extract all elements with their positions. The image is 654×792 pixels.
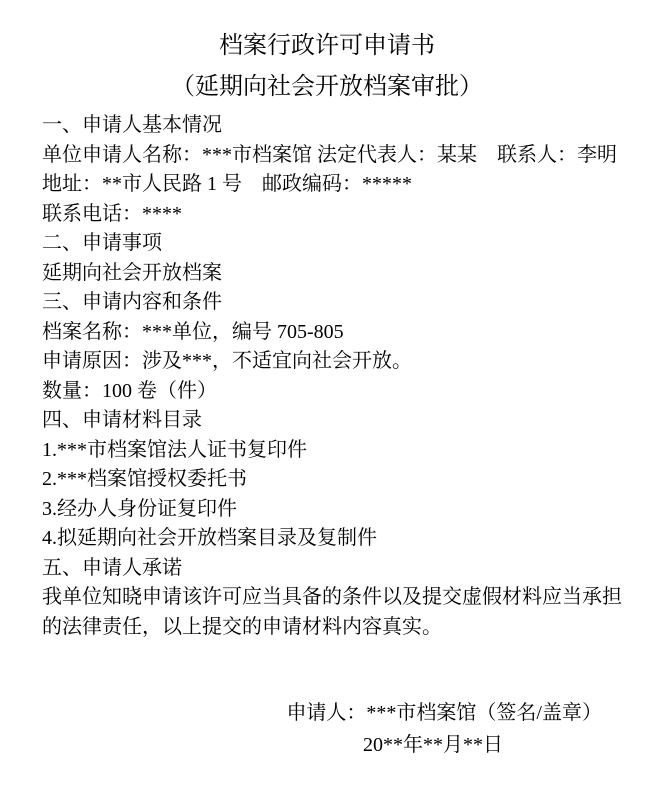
material-item-3: 3.经办人身份证复印件: [42, 495, 654, 525]
commitment-line-2: 的法律责任，以上提交的申请材料内容真实。: [42, 613, 654, 643]
phone-line: 联系电话：****: [42, 200, 654, 230]
material-item-1: 1.***市档案馆法人证书复印件: [42, 436, 654, 466]
document-body: 一、申请人基本情况 单位申请人名称：***市档案馆 法定代表人：某某 联系人：李…: [0, 111, 654, 642]
application-item-line: 延期向社会开放档案: [42, 259, 654, 289]
address-line: 地址：**市人民路 1 号 邮政编码：*****: [42, 170, 654, 200]
section-three-heading: 三、申请内容和条件: [42, 288, 654, 318]
section-four-heading: 四、申请材料目录: [42, 406, 654, 436]
archive-name-line: 档案名称：***单位，编号 705-805: [42, 318, 654, 348]
section-two-heading: 二、申请事项: [42, 229, 654, 259]
section-one-heading: 一、申请人基本情况: [42, 111, 654, 141]
quantity-line: 数量：100 卷（件）: [42, 377, 654, 407]
commitment-line-1: 我单位知晓申请该许可应当具备的条件以及提交虚假材料应当承担: [42, 583, 654, 613]
applicant-name-line: 单位申请人名称：***市档案馆 法定代表人：某某 联系人：李明: [42, 141, 654, 171]
section-five-heading: 五、申请人承诺: [42, 554, 654, 584]
material-item-2: 2.***档案馆授权委托书: [42, 465, 654, 495]
application-reason-line: 申请原因：涉及***，不适宜向社会开放。: [42, 347, 654, 377]
signature-date: 20**年**月**日: [0, 731, 602, 761]
signature-block: 申请人：***市档案馆（签名/盖章） 20**年**月**日: [0, 699, 654, 760]
document-page: 档案行政许可申请书 （延期向社会开放档案审批） 一、申请人基本情况 单位申请人名…: [0, 0, 654, 792]
material-item-4: 4.拟延期向社会开放档案目录及复制件: [42, 524, 654, 554]
signature-line: 申请人：***市档案馆（签名/盖章）: [0, 699, 602, 729]
document-title: 档案行政许可申请书: [0, 0, 654, 61]
document-subtitle: （延期向社会开放档案审批）: [0, 72, 654, 102]
